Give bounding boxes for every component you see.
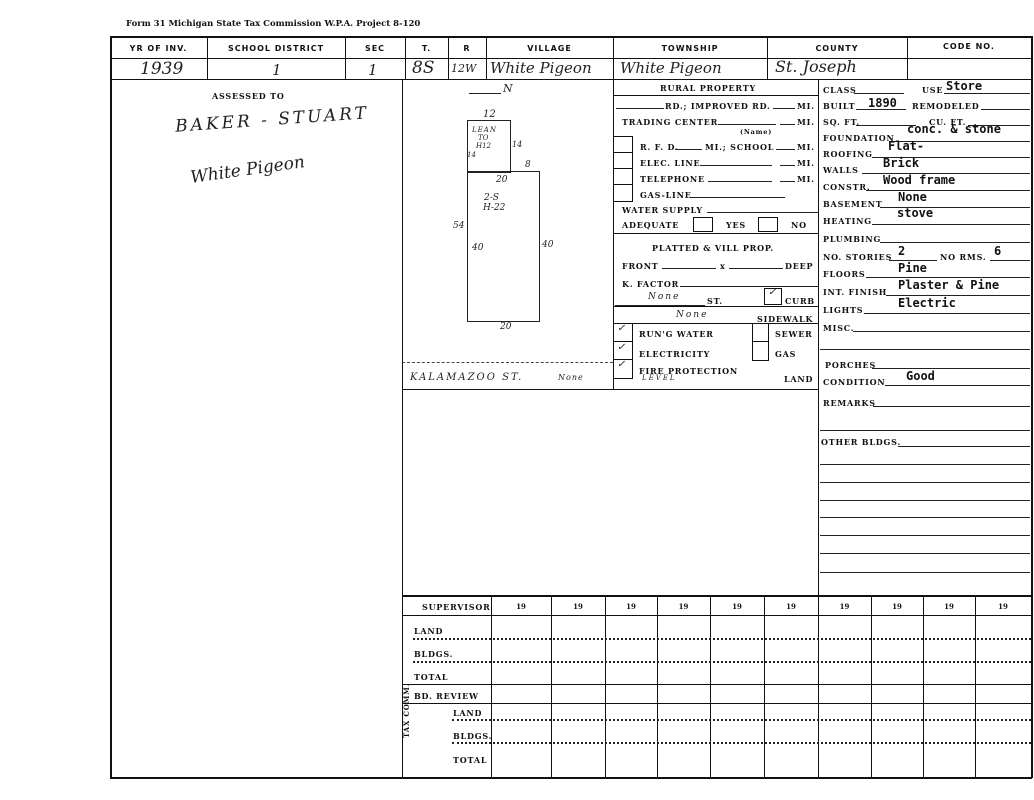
walls-label: WALLS	[823, 165, 859, 175]
year-col-7[interactable]: 19	[818, 602, 871, 611]
year-col-4[interactable]: 19	[657, 602, 710, 611]
col-sep	[207, 36, 208, 79]
tc-land-dotted-line	[452, 719, 1031, 721]
main-right: 40	[542, 240, 553, 250]
assessed-to-label: ASSESSED TO	[212, 91, 285, 101]
other-bldgs-line[interactable]	[820, 500, 1030, 501]
val-col-sep	[764, 595, 765, 778]
no-rooms-field[interactable]	[990, 260, 1030, 261]
village-label: VILLAGE	[486, 44, 613, 53]
assessed-to-name[interactable]: BAKER - STUART	[175, 103, 370, 136]
land-dotted-line	[413, 638, 1031, 640]
use-field[interactable]	[944, 93, 1030, 94]
water-supply-field[interactable]	[707, 212, 819, 213]
val-col-sep	[818, 595, 819, 778]
plumbing-label: PLUMBING	[823, 234, 881, 244]
no-rooms-label: NO RMS.	[940, 252, 986, 262]
col-sep	[613, 36, 614, 79]
gas-line-field[interactable]	[690, 197, 785, 198]
val-col-sep	[871, 595, 872, 778]
lights-label: LIGHTS	[823, 305, 863, 315]
form-caption: Form 31 Michigan State Tax Commission W.…	[126, 19, 420, 29]
telephone-field[interactable]	[708, 181, 772, 182]
trading-center-mi-field[interactable]	[780, 124, 795, 125]
front-label: FRONT	[622, 261, 659, 271]
utilities-top-line	[613, 323, 819, 324]
no-rooms-value[interactable]: 6	[994, 244, 1001, 258]
sq-ft-label: SQ. FT.	[823, 117, 860, 127]
land-row-label: LAND	[414, 626, 443, 636]
valuation-top	[402, 595, 1032, 597]
land-value[interactable]: LEVEL	[642, 374, 677, 382]
no-label: NO	[791, 220, 807, 230]
misc-field[interactable]	[853, 331, 1030, 332]
yr-of-inv-label: YR OF INV.	[110, 44, 207, 53]
land-label: LAND	[784, 374, 813, 384]
class-field[interactable]	[854, 93, 904, 94]
remodeled-field[interactable]	[981, 109, 1030, 110]
condition-label: CONDITION	[823, 377, 886, 387]
street-note[interactable]: None	[558, 373, 584, 382]
tc-total-label: TOTAL	[453, 755, 487, 765]
val-col-sep	[551, 595, 552, 778]
roofing-label: ROOFING	[823, 149, 873, 159]
adequate-yes-checkbox[interactable]	[693, 217, 713, 232]
roofing-value[interactable]: Flat-	[888, 139, 924, 153]
foundation-label: FOUNDATION	[823, 133, 895, 143]
running-water-check-icon: ✓	[617, 323, 625, 334]
plumbing-field[interactable]	[880, 242, 1030, 243]
water-supply-label: WATER SUPPLY	[622, 205, 703, 215]
main-left: 40	[472, 243, 483, 253]
north-label: N	[503, 82, 513, 95]
lean-to-label: LEAN	[472, 126, 497, 134]
electricity-check-icon: ✓	[617, 342, 625, 353]
elec-line-mi-field[interactable]	[780, 165, 795, 166]
lean-to-side: 14	[467, 151, 476, 159]
school-district-label: SCHOOL DISTRICT	[207, 44, 345, 53]
built-value[interactable]: 1890	[868, 96, 897, 110]
main-left-total: 54	[453, 221, 464, 231]
deep-label: DEEP	[785, 261, 813, 271]
frame-bottom	[110, 777, 1032, 779]
heating-value[interactable]: stove	[897, 206, 933, 220]
elec-line-label: ELEC. LINE	[640, 158, 700, 168]
class-label: CLASS	[823, 85, 857, 95]
supervisor-label: SUPERVISOR	[422, 602, 491, 612]
val-col-sep	[923, 595, 924, 778]
floors-label: FLOORS	[823, 269, 865, 279]
code-no-label: CODE NO.	[907, 42, 1031, 51]
name-hint: (Name)	[740, 128, 772, 136]
gas-checkbox[interactable]	[752, 341, 769, 361]
col-sep	[767, 36, 768, 79]
int-finish-label: INT. FINISH	[823, 287, 887, 297]
times-label: x	[720, 261, 726, 271]
other-bldgs-line[interactable]	[820, 517, 1030, 518]
adequate-no-checkbox[interactable]	[758, 217, 778, 232]
built-label: BUILT	[823, 101, 855, 111]
rfd-label: R. F. D.	[640, 142, 679, 152]
other-bldgs-line[interactable]	[820, 482, 1030, 483]
electricity-label: ELECTRICITY	[639, 349, 710, 359]
constr-field[interactable]	[866, 190, 1030, 191]
st-label: ST.	[707, 296, 723, 306]
mi-label: MI.	[797, 174, 815, 184]
tc-bldgs-dotted-line	[452, 742, 1031, 744]
constr-label: CONSTR.	[823, 182, 870, 192]
misc-label: MISC.	[823, 323, 854, 333]
foundation-value[interactable]: conc. & stone	[907, 122, 1001, 136]
col-sep	[486, 36, 487, 79]
trading-center-field[interactable]	[718, 124, 776, 125]
rfd-field[interactable]	[675, 149, 702, 150]
sewer-label: SEWER	[775, 329, 813, 339]
tax-comm-label: TAX COMM.	[402, 683, 411, 738]
platted-top-line	[613, 233, 819, 234]
tc-bldgs-label: BLDGS.	[453, 731, 492, 741]
remodeled-label: REMODELED	[912, 101, 979, 111]
col-sep	[345, 36, 346, 79]
adequate-label: ADEQUATE	[622, 220, 679, 230]
remarks-label: REMARKS	[823, 398, 876, 408]
other-bldgs-line[interactable]	[820, 535, 1030, 536]
other-bldgs-label: OTHER BLDGS.	[821, 437, 901, 447]
telephone-label: TELEPHONE	[640, 174, 705, 184]
lean-to-width: 12	[483, 109, 496, 120]
year-col-5[interactable]: 19	[710, 602, 764, 611]
platted-title: PLATTED & VILL PROP.	[652, 243, 774, 253]
year-col-1[interactable]: 19	[491, 602, 551, 611]
floors-value[interactable]: Pine	[898, 261, 927, 275]
other-bldgs-line[interactable]	[820, 572, 1030, 573]
sketch-street-divider	[402, 362, 613, 363]
tc-land-label: LAND	[453, 708, 482, 718]
year-col-9[interactable]: 19	[923, 602, 975, 611]
lights-field[interactable]	[864, 313, 1030, 314]
gas-line-checkbox[interactable]	[613, 184, 633, 202]
county-value[interactable]: St. Joseph	[775, 57, 857, 76]
condition-field[interactable]	[885, 385, 1030, 386]
walls-value[interactable]: Brick	[883, 156, 919, 170]
year-col-2[interactable]: 19	[551, 602, 605, 611]
running-water-label: RUN'G WATER	[639, 329, 714, 339]
rural-property-title: RURAL PROPERTY	[660, 83, 756, 93]
sec-label: SEC	[345, 44, 405, 53]
improved-rd-field[interactable]	[773, 108, 795, 109]
bldgs-dotted-line	[413, 661, 1031, 663]
k-factor-field[interactable]	[680, 286, 819, 287]
misc-field-2[interactable]	[820, 349, 1030, 350]
lean-to-label: TO	[478, 134, 488, 142]
main-height: H-22	[483, 203, 505, 213]
assessed-to-place[interactable]: White Pigeon	[189, 152, 306, 188]
basement-label: BASEMENT	[823, 199, 882, 209]
condition-value[interactable]: Good	[906, 369, 935, 383]
fire-protection-check-icon: ✓	[617, 359, 625, 370]
porches-field[interactable]	[872, 368, 1030, 369]
front-field[interactable]	[662, 268, 716, 269]
heating-label: HEATING	[823, 216, 872, 226]
t-label: T.	[405, 44, 448, 53]
valuation-taxcomm-top	[402, 703, 1032, 704]
heating-field[interactable]	[872, 224, 1030, 225]
col-sep	[448, 36, 449, 79]
other-bldgs-line[interactable]	[820, 553, 1030, 554]
header-bottom	[110, 79, 1032, 80]
bd-review-label: BD. REVIEW	[414, 691, 479, 701]
street-name[interactable]: KALAMAZOO ST.	[410, 372, 523, 383]
lean-to-height: H12	[476, 142, 491, 150]
mi-label: MI.	[797, 117, 815, 127]
other-bldgs-field[interactable]	[898, 446, 1030, 447]
mi-label: MI.	[797, 158, 815, 168]
left-panel-border	[402, 79, 403, 778]
val-col-sep	[657, 595, 658, 778]
basement-value[interactable]: None	[898, 190, 927, 204]
porches-label: PORCHES	[825, 360, 876, 370]
total-row-label: TOTAL	[414, 672, 448, 682]
lights-value[interactable]: Electric	[898, 296, 956, 310]
bldgs-row-label: BLDGS.	[414, 649, 453, 659]
sec-value[interactable]: 1	[368, 61, 378, 79]
frame-top	[110, 36, 1032, 38]
int-finish-value[interactable]: Plaster & Pine	[898, 278, 999, 292]
frame-left	[110, 36, 112, 778]
year-col-8[interactable]: 19	[871, 602, 923, 611]
yr-of-inv-value[interactable]: 1939	[140, 59, 183, 79]
constr-value[interactable]: Wood frame	[883, 173, 955, 187]
remarks-field-2[interactable]	[820, 430, 1030, 431]
lean-to-side: 14	[512, 140, 522, 149]
gas-line-label: GAS-LINE	[640, 190, 692, 200]
township-value[interactable]: White Pigeon	[620, 59, 722, 77]
yes-label: YES	[726, 220, 746, 230]
curb-check-icon: ✓	[768, 287, 776, 298]
gas-label: GAS	[775, 349, 796, 359]
r-value[interactable]: 12W	[451, 62, 476, 75]
year-col-3[interactable]: 19	[605, 602, 657, 611]
frame-right	[1031, 36, 1033, 778]
street-divider	[613, 306, 819, 307]
improved-rd-label: RD.; IMPROVED RD.	[665, 101, 771, 111]
main-stories: 2-S	[484, 193, 499, 203]
mi-label: MI.	[797, 101, 815, 111]
no-stories-label: NO. STORIES	[823, 252, 892, 262]
t-value[interactable]: 8S	[412, 58, 434, 78]
col-sep	[405, 36, 406, 79]
school-field[interactable]	[776, 149, 795, 150]
year-col-6[interactable]: 19	[764, 602, 818, 611]
north-arrow-line	[469, 93, 501, 94]
main-bottom: 20	[500, 322, 511, 332]
township-label: TOWNSHIP	[613, 44, 767, 53]
val-col-sep	[975, 595, 976, 778]
use-value[interactable]: Store	[946, 79, 982, 93]
village-value[interactable]: White Pigeon	[490, 59, 592, 77]
no-stories-value[interactable]: 2	[898, 244, 905, 258]
school-label: MI.; SCHOOL	[705, 142, 774, 152]
telephone-mi-field[interactable]	[780, 181, 795, 182]
other-bldgs-line[interactable]	[820, 464, 1030, 465]
mi-label: MI.	[797, 142, 815, 152]
remarks-field[interactable]	[873, 406, 1030, 407]
elec-line-field[interactable]	[700, 165, 772, 166]
main-top: 20	[496, 175, 507, 185]
curb-label: CURB	[785, 296, 815, 306]
rural-title-line	[613, 95, 819, 96]
val-col-sep	[710, 595, 711, 778]
trading-center-label: TRADING CENTER	[622, 117, 718, 127]
county-label: COUNTY	[767, 44, 907, 53]
street-value[interactable]: None	[648, 292, 680, 302]
school-district-value[interactable]: 1	[272, 61, 282, 79]
rd-field[interactable]	[616, 108, 664, 109]
k-factor-label: K. FACTOR	[622, 279, 679, 289]
deep-field[interactable]	[729, 268, 783, 269]
year-col-10[interactable]: 19	[975, 602, 1031, 611]
building-left-border	[818, 79, 819, 596]
val-col-sep	[605, 595, 606, 778]
main-offset: 8	[525, 160, 531, 170]
sketch-bottom	[402, 389, 819, 390]
sewer-checkbox[interactable]	[752, 323, 769, 343]
valuation-header-bottom	[402, 615, 1032, 616]
r-label: R	[448, 44, 486, 53]
valuation-review-top	[402, 684, 1032, 685]
val-col-sep	[491, 595, 492, 778]
sidewalk-value[interactable]: None	[676, 310, 708, 320]
use-label: USE	[922, 85, 943, 95]
